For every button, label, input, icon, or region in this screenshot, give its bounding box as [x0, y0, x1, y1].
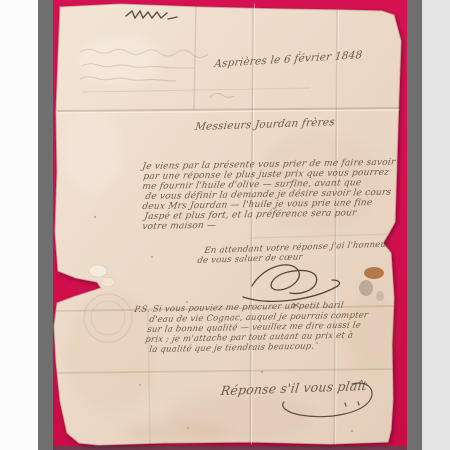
dateline-text: Asprières le 6 février 1848	[214, 49, 363, 70]
postscript-line: la qualité que je tiendrais beaucoup.	[149, 342, 315, 355]
body-line: votre maison —	[142, 221, 217, 232]
salutation-text: Messieurs Jourdan frères	[194, 116, 335, 133]
handwriting-layer: Asprières le 6 février 1848 Messieurs Jo…	[0, 0, 450, 450]
letter-photo: Asprières le 6 février 1848 Messieurs Jo…	[0, 0, 450, 450]
footer-text: Réponse s'il vous plaît	[220, 378, 368, 398]
